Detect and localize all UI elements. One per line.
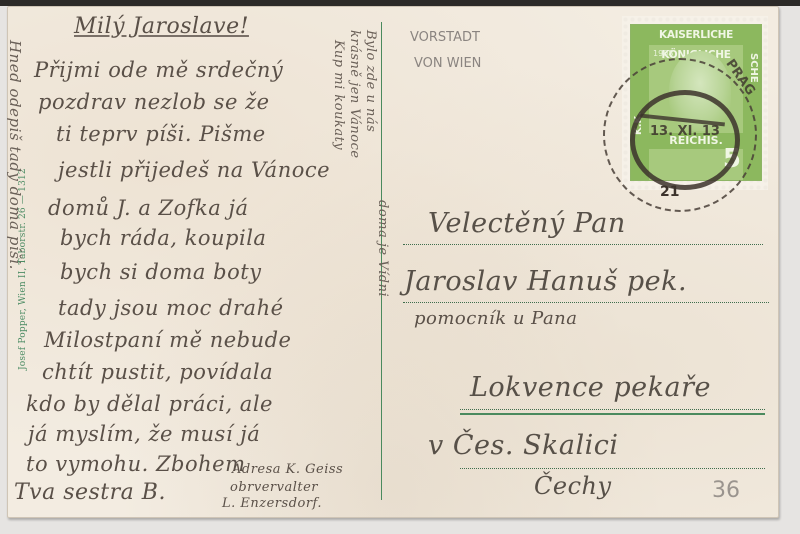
left-margin-note: Hned odepiš tady doma píši. bbox=[6, 40, 24, 270]
message-line: Přijmi ode mě srdečný bbox=[34, 58, 283, 82]
right-margin-note: Kup mi koukaty bbox=[331, 40, 346, 150]
message-line: já myslím, že musí já bbox=[28, 422, 260, 446]
address-underline bbox=[460, 413, 765, 415]
postmark-date: 13. XI. 13 bbox=[650, 124, 720, 139]
address-recipient-note: pomocník u Pana bbox=[414, 308, 578, 329]
address-line-4 bbox=[460, 468, 765, 469]
message-line: chtít pustit, povídala bbox=[42, 360, 273, 384]
message-line: kdo by dělal práci, ale bbox=[26, 392, 273, 416]
pencil-note-number: 36 bbox=[712, 478, 740, 503]
message-line: jestli přijedeš na Vánoce bbox=[58, 158, 330, 182]
pencil-note-von-wien: VON WIEN bbox=[414, 56, 481, 71]
message-line: bych si doma boty bbox=[60, 260, 262, 284]
right-margin-note: krásně jen Vánoce bbox=[347, 30, 362, 159]
message-line: domů J. a Zofka já bbox=[48, 196, 249, 220]
message-line: Milostpaní mě nebude bbox=[44, 328, 291, 352]
address-town: v Čes. Skalici bbox=[428, 430, 618, 461]
address-line-1 bbox=[403, 244, 763, 245]
address-line-2 bbox=[403, 302, 769, 303]
message-signature: Tva sestra B. bbox=[14, 480, 166, 505]
address-line-3 bbox=[460, 409, 765, 410]
address-salutation: Velectěný Pan bbox=[428, 208, 626, 239]
message-line: to vymohu. Zbohem bbox=[26, 452, 245, 476]
stamp-top-text: KAISERLICHE KÖNIGLICHE bbox=[631, 25, 761, 45]
right-margin-note: doma je Vídni bbox=[375, 200, 390, 297]
message-line: bych ráda, koupila bbox=[60, 226, 266, 250]
return-address-line: L. Enzersdorf. bbox=[222, 496, 322, 511]
return-address-line: Adresa K. Geiss bbox=[232, 462, 343, 477]
stamp-year: 1908 bbox=[653, 49, 673, 58]
postmark-number: 21 bbox=[660, 184, 679, 200]
message-salutation: Milý Jaroslave! bbox=[74, 14, 249, 39]
address-recipient: Jaroslav Hanuš pek. bbox=[404, 266, 687, 297]
message-line: ti teprv píši. Pišme bbox=[56, 122, 266, 146]
message-line: tady jsou moc drahé bbox=[58, 296, 284, 320]
address-country: Čechy bbox=[534, 472, 612, 500]
return-address-line: obrvervalter bbox=[230, 480, 318, 495]
address-employer: Lokvence pekaře bbox=[470, 372, 711, 403]
right-margin-note: Bylo zde u nás bbox=[363, 30, 378, 132]
postmark-inner-ring bbox=[630, 90, 740, 190]
message-line: pozdrav nezlob se že bbox=[38, 90, 270, 114]
pencil-note-vorstadt: VORSTADT bbox=[410, 30, 480, 45]
